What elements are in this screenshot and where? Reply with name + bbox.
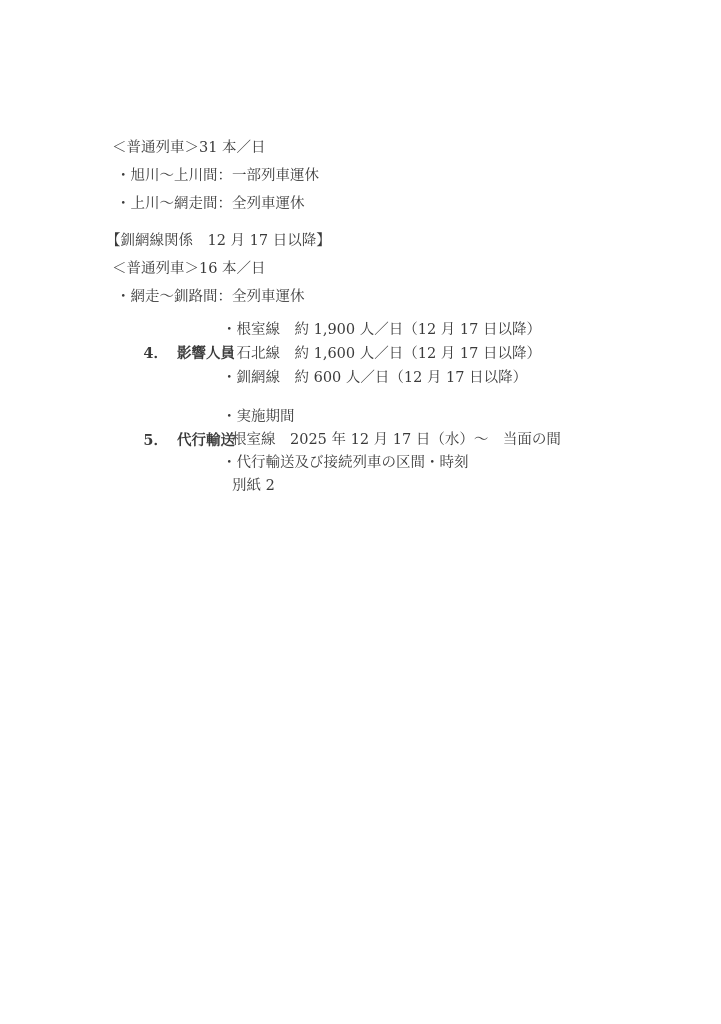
section-body: ・実施期間 根室線 2025 年 12 月 17 日（水）～ 当面の間 ・代行輸… <box>222 406 721 498</box>
document-page: ＜普通列車＞31 本／日 ・旭川～上川間：一部列車運休 ・上川～網走間：全列車運… <box>0 0 721 1024</box>
suspension-item: ・上川～網走間：全列車運休 <box>116 190 721 218</box>
section-heading: 4．影響人員 <box>103 318 222 390</box>
local-train-count-line: ＜普通列車＞16 本／日 <box>112 255 721 283</box>
section-number: 5． <box>143 432 168 449</box>
transport-item: ・実施期間 <box>222 406 721 429</box>
local-train-count-line: ＜普通列車＞31 本／日 <box>112 134 721 162</box>
sekihoku-local-train-block: ＜普通列車＞31 本／日 ・旭川～上川間：一部列車運休 ・上川～網走間：全列車運… <box>0 134 721 218</box>
section-body: ・根室線 約 1,900 人／日（12 月 17 日以降） ・石北線 約 1,6… <box>222 318 721 390</box>
section-number: 4． <box>143 345 168 362</box>
suspension-item: ・旭川～上川間：一部列車運休 <box>116 162 721 190</box>
passenger-count-item: ・釧網線 約 600 人／日（12 月 17 日以降） <box>222 366 721 390</box>
transport-item: ・代行輸送及び接続列車の区間・時刻 <box>222 452 721 475</box>
section-substitute-transport: 5．代行輸送 ・実施期間 根室線 2025 年 12 月 17 日（水）～ 当面… <box>103 406 721 498</box>
passenger-count-item: ・石北線 約 1,600 人／日（12 月 17 日以降） <box>222 342 721 366</box>
transport-item-detail: 別紙 2 <box>232 475 721 498</box>
passenger-count-item: ・根室線 約 1,900 人／日（12 月 17 日以降） <box>222 318 721 342</box>
senmou-line-block: 【釧網線関係 12 月 17 日以降】 ＜普通列車＞16 本／日 ・網走～釧路間… <box>0 227 721 311</box>
suspension-item: ・網走～釧路間：全列車運休 <box>116 283 721 311</box>
section-affected-passengers: 4．影響人員 ・根室線 約 1,900 人／日（12 月 17 日以降） ・石北… <box>103 318 721 390</box>
senmou-block-heading: 【釧網線関係 12 月 17 日以降】 <box>106 227 721 255</box>
section-heading: 5．代行輸送 <box>103 406 222 475</box>
document-content: ＜普通列車＞31 本／日 ・旭川～上川間：一部列車運休 ・上川～網走間：全列車運… <box>0 0 721 498</box>
transport-item-detail: 根室線 2025 年 12 月 17 日（水）～ 当面の間 <box>232 429 721 452</box>
